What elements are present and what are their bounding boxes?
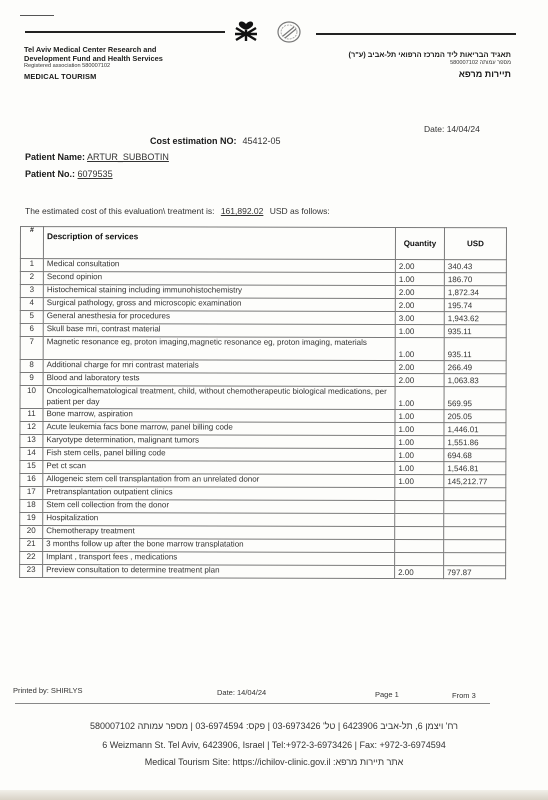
row-usd: 569.95 [444,387,506,410]
table-row: 3Histochemical staining including immuno… [20,285,506,299]
address-english: 6 Weizmann St. Tel Aviv, 6423906, Israel… [0,740,548,750]
table-row: 14Fish stem cells, panel billing code1.0… [20,448,506,462]
row-quantity: 1.00 [395,337,444,360]
row-quantity: 2.00 [395,360,444,373]
footer-rule [15,703,490,704]
row-quantity: 3.00 [395,311,444,324]
estimate-prefix: The estimated cost of this evaluation\ t… [25,206,214,216]
row-description: Skull base mri, contrast material [43,324,395,338]
row-number: 11 [20,409,43,422]
medical-center-emblem-icon [234,20,258,42]
cost-estimation: Cost estimation NO:45412-05 [150,136,281,146]
row-quantity: 1.00 [395,409,444,422]
row-number: 18 [20,500,43,513]
table-row: 13Karyotype determination, malignant tum… [20,435,506,449]
row-number: 10 [20,386,43,409]
row-number: 4 [20,298,43,311]
row-usd: 1,446.01 [444,423,506,436]
row-number: 3 [20,285,43,298]
cost-estimation-label: Cost estimation NO: [150,136,237,146]
row-description: Blood and laboratory tests [43,373,395,387]
row-quantity [395,487,444,500]
row-number: 15 [20,461,43,474]
row-number: 21 [20,539,43,552]
row-number: 12 [20,422,43,435]
table-row: 1Medical consultation2.00340.43 [20,259,506,273]
row-description: Stem cell collection from the donor [43,500,395,514]
row-description: General anesthesia for procedures [43,311,395,325]
row-number: 20 [20,526,43,539]
cost-estimation-number: 45412-05 [243,136,281,146]
printed-by: Printed by: SHIRLYS [13,686,82,695]
table-row: 10Oncologicalhematological treatment, ch… [20,386,506,410]
row-usd: 266.49 [444,361,506,374]
estimate-suffix: USD as follows: [270,206,330,216]
row-usd [444,553,506,566]
registration-en: Registered association 580007102 [24,63,110,69]
row-usd [444,527,506,540]
row-usd [444,514,506,527]
row-number: 5 [20,311,43,324]
row-usd [444,488,506,501]
org-line-2: Development Fund and Health Services [24,55,163,64]
row-number: 14 [20,448,43,461]
row-description: Allogeneic stem cell transplantation fro… [43,474,395,488]
row-description: Fish stem cells, panel billing code [43,448,395,462]
row-usd: 694.68 [444,449,506,462]
row-quantity: 1.00 [395,422,444,435]
row-quantity: 2.00 [395,565,444,578]
row-usd: 340.43 [444,260,506,273]
col-description-header: Description of services [43,227,395,260]
row-number: 1 [20,259,43,272]
row-quantity: 1.00 [395,474,444,487]
row-usd: 935.11 [444,325,506,338]
patient-no-label: Patient No.: [25,169,75,179]
row-quantity: 2.00 [395,298,444,311]
table-row: 5General anesthesia for procedures3.001,… [20,311,506,325]
row-description: Magnetic resonance eg, proton imaging,ma… [43,337,395,361]
table-row: 213 months follow up after the bone marr… [20,539,506,553]
row-description: Karyotype determination, malignant tumor… [43,435,395,449]
row-usd: 1,872.34 [444,286,506,299]
round-seal-icon [276,20,302,44]
row-number: 17 [20,487,43,500]
row-description: Medical consultation [43,259,395,273]
registration-he: מספר עמותה 580007102 [450,60,511,66]
page-count: From 3 [452,691,476,700]
table-row: 18Stem cell collection from the donor [20,500,506,514]
row-number: 19 [20,513,43,526]
row-quantity: 1.00 [395,324,444,337]
scan-mark [20,15,54,16]
table-row: 23Preview consultation to determine trea… [20,565,506,579]
row-quantity: 2.00 [395,259,444,272]
col-num-header: # [20,227,43,259]
row-description: 3 months follow up after the bone marrow… [43,539,395,553]
row-description: Preview consultation to determine treatm… [43,565,395,579]
row-description: Oncologicalhematological treatment, chil… [43,386,395,410]
table-row: 15Pet ct scan1.001,546.81 [20,461,506,475]
organization-name-en: Tel Aviv Medical Center Research and Dev… [24,46,163,63]
row-number: 22 [20,552,43,565]
col-quantity-header: Quantity [395,227,444,259]
table-row: 11Bone marrow, aspiration1.00205.05 [20,409,506,423]
footer-date: Date: 14/04/24 [217,688,266,697]
row-number: 16 [20,474,43,487]
row-usd: 1,063.83 [444,374,506,387]
row-usd [444,501,506,514]
row-usd: 195.74 [444,299,506,312]
row-number: 23 [20,565,43,578]
services-table-body: 1Medical consultation2.00340.432Second o… [20,259,507,579]
row-usd: 186.70 [444,273,506,286]
table-header-row: # Description of services Quantity USD [20,227,506,260]
estimate-statement: The estimated cost of this evaluation\ t… [25,206,330,216]
table-row: 9Blood and laboratory tests2.001,063.83 [20,373,506,387]
department-he: תיירות מרפא [459,69,511,79]
patient-name-label: Patient Name: [25,152,85,162]
row-quantity: 2.00 [395,373,444,386]
row-number: 13 [20,435,43,448]
patient-number: Patient No.: 6079535 [25,169,113,179]
row-description: Surgical pathology, gross and microscopi… [43,298,395,312]
col-usd-header: USD [444,228,506,260]
patient-name-value: ARTUR_SUBBOTIN [87,152,169,162]
row-description: Pretransplantation outpatient clinics [43,487,395,501]
table-row: 6Skull base mri, contrast material1.0093… [20,324,506,338]
row-usd: 205.05 [444,410,506,423]
row-quantity: 1.00 [395,461,444,474]
header-rule-left [25,31,225,33]
page-number: Page 1 [375,690,399,699]
row-quantity [395,526,444,539]
row-quantity [395,500,444,513]
row-usd: 145,212.77 [444,475,506,488]
row-usd [444,540,506,553]
row-usd: 1,546.81 [444,462,506,475]
patient-name: Patient Name: ARTUR_SUBBOTIN [25,152,169,162]
row-number: 2 [20,272,43,285]
table-row: 19Hospitalization [20,513,506,527]
table-row: 16Allogeneic stem cell transplantation f… [20,474,506,488]
document-date: Date: 14/04/24 [424,124,480,134]
table-row: 8Additional charge for mri contrast mate… [20,360,506,374]
row-number: 7 [20,337,43,360]
row-number: 8 [20,360,43,373]
row-quantity: 1.00 [395,435,444,448]
row-description: Pet ct scan [43,461,395,475]
row-description: Implant , transport fees , medications [43,552,395,566]
row-quantity [395,552,444,565]
medical-tourism-site: Medical Tourism Site: https://ichilov-cl… [0,757,548,767]
table-row: 4Surgical pathology, gross and microscop… [20,298,506,312]
table-row: 7Magnetic resonance eg, proton imaging,m… [20,337,506,361]
table-row: 2Second opinion1.00186.70 [20,272,506,286]
row-description: Additional charge for mri contrast mater… [43,360,395,374]
organization-name-he: תאגיד הבריאות ליד המרכז הרפואי תל-אביב (… [348,50,511,59]
row-quantity: 1.00 [395,448,444,461]
row-quantity: 2.00 [395,285,444,298]
row-description: Second opinion [43,272,395,286]
row-description: Hospitalization [43,513,395,527]
table-row: 17Pretransplantation outpatient clinics [20,487,506,501]
patient-no-value: 6079535 [78,169,113,179]
row-usd: 1,551.86 [444,436,506,449]
page-edge [0,790,548,800]
row-description: Chemotherapy treatment [43,526,395,540]
table-row: 12Acute leukemia facs bone marrow, panel… [20,422,506,436]
table-row: 20Chemotherapy treatment [20,526,506,540]
row-usd: 797.87 [444,566,506,579]
row-usd: 935.11 [444,338,506,361]
row-quantity [395,539,444,552]
date-value: 14/04/24 [447,124,480,134]
row-description: Acute leukemia facs bone marrow, panel b… [43,422,395,436]
row-number: 9 [20,373,43,386]
table-row: 22Implant , transport fees , medications [20,552,506,566]
department-en: MEDICAL TOURISM [24,72,97,81]
services-table: # Description of services Quantity USD 1… [19,226,507,579]
row-usd: 1,943.62 [444,312,506,325]
row-description: Bone marrow, aspiration [43,409,395,423]
row-quantity [395,513,444,526]
estimate-total: 161,892.02 [221,206,264,216]
row-description: Histochemical staining including immunoh… [43,285,395,299]
address-hebrew: רח' ויצמן 6, תל-אביב 6423906 | טל' 03-69… [0,721,548,731]
row-quantity: 1.00 [395,386,444,409]
header-rule-right [316,33,516,35]
date-label: Date: [424,124,444,134]
row-number: 6 [20,324,43,337]
row-quantity: 1.00 [395,272,444,285]
